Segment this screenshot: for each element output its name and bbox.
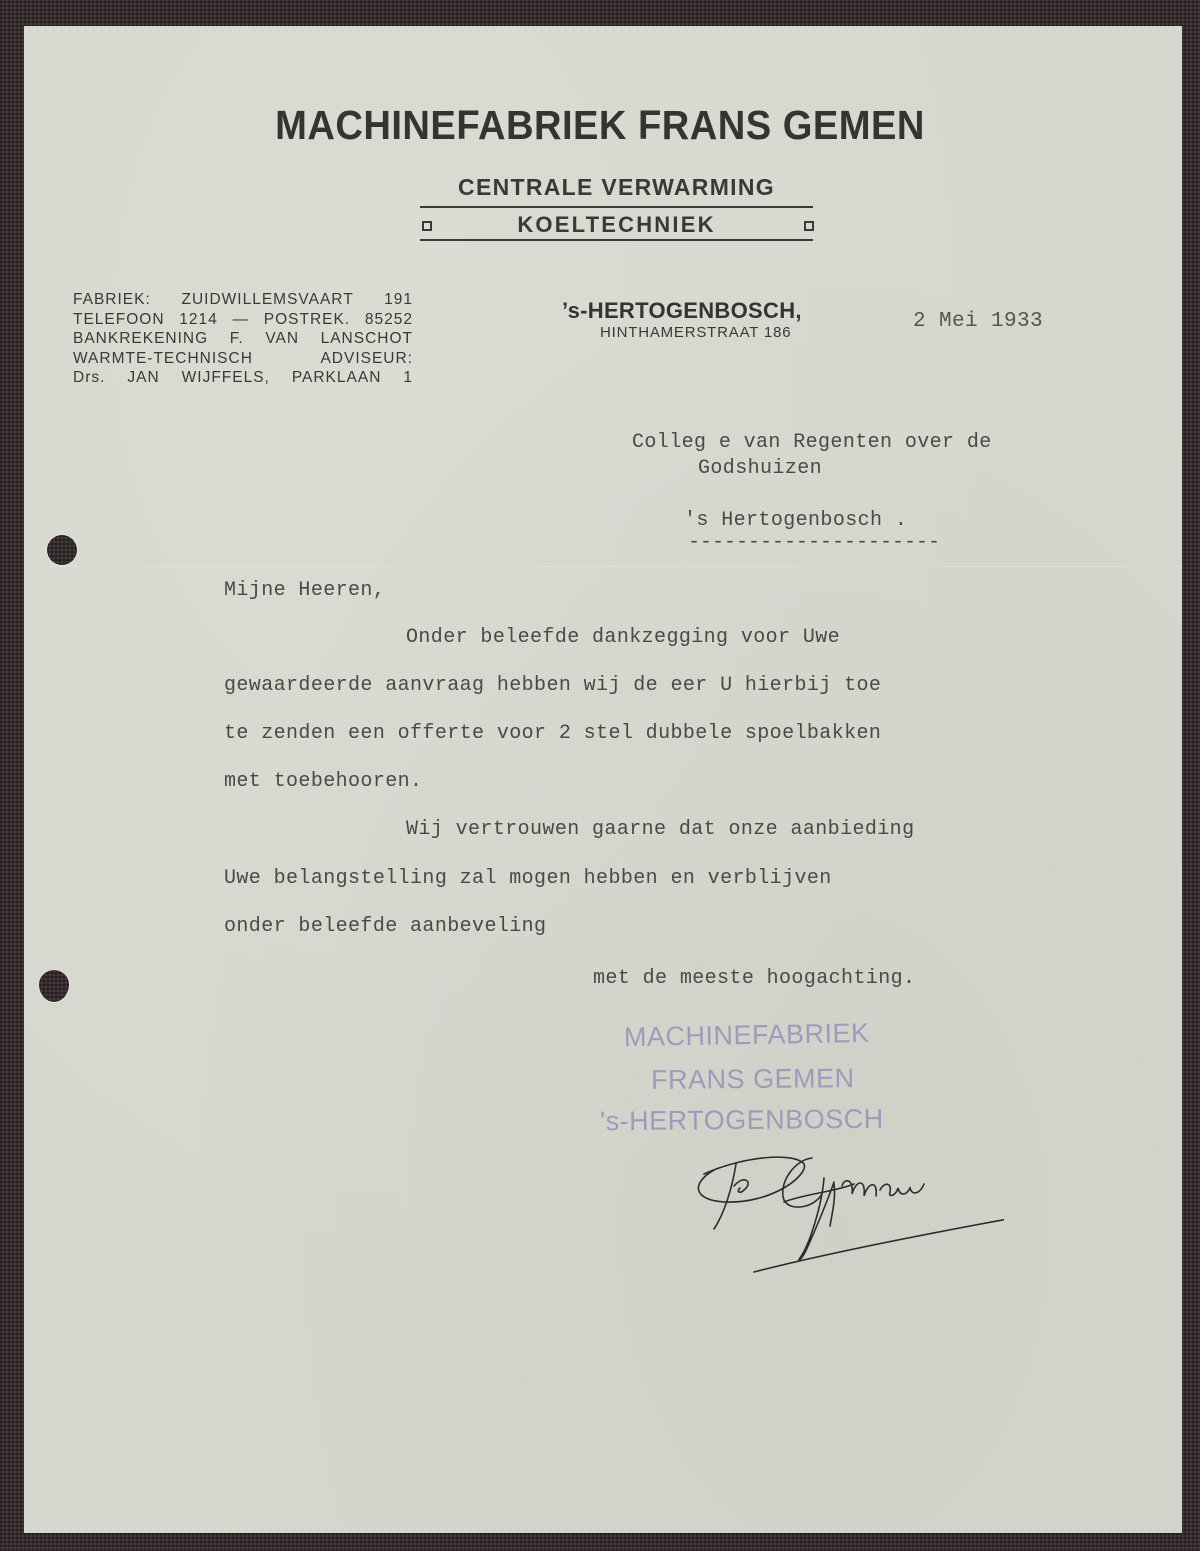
body-line: Uwe belangstelling zal mogen hebben en v… [224,867,832,890]
advisor-label: WARMTE-TECHNISCH ADVISEUR: [73,349,413,369]
bank-account: BANKREKENING F. VAN LANSCHOT [73,329,413,349]
closing-line: met de meeste hoogachting. [593,967,915,990]
body-line: te zenden een offerte voor 2 stel dubbel… [224,722,881,745]
body-line: met toebehooren. [224,770,422,793]
body-line: onder beleefde aanbeveling [224,915,546,938]
divider-line [420,239,813,241]
square-ornament-icon [804,221,814,231]
salutation: Mijne Heeren, [224,579,385,602]
letterhead-city: ’s-HERTOGENBOSCH, [562,298,802,324]
company-name: MACHINEFABRIEK FRANS GEMEN [228,102,972,149]
body-line: Wij vertrouwen gaarne dat onze aanbiedin… [406,818,914,841]
company-stamp-line-3: 's-HERTOGENBOSCH [600,1104,884,1137]
recipient-underline: --------------------- [688,531,940,554]
letter-paper: MACHINEFABRIEK FRANS GEMEN CENTRALE VERW… [24,26,1182,1533]
tagline-refrigeration: KOELTECHNIEK [420,212,813,238]
letter-date: 2 Mei 1933 [913,310,1043,333]
punch-hole [47,535,77,565]
body-line: gewaardeerde aanvraag hebben wij de eer … [224,674,881,697]
recipient-line-1: Colleg e van Regenten over de [632,431,992,454]
contact-block: FABRIEK: ZUIDWILLEMSVAART 191 TELEFOON 1… [73,290,413,388]
handwritten-signature-icon [684,1134,1004,1284]
phone-postal: TELEFOON 1214 — POSTREK. 85252 [73,310,413,330]
paper-fold-line [24,566,1182,567]
divider-line [420,206,813,208]
recipient-city: 's Hertogenbosch . [684,509,907,532]
tagline-central-heating: CENTRALE VERWARMING [420,174,813,201]
company-stamp-line-2: FRANS GEMEN [651,1063,855,1096]
company-stamp-line-1: MACHINEFABRIEK [624,1018,870,1053]
letterhead-street: HINTHAMERSTRAAT 186 [600,324,791,341]
advisor-name: Drs. JAN WIJFFELS, PARKLAAN 1 [73,368,413,388]
recipient-line-2: Godshuizen [698,457,822,480]
body-line: Onder beleefde dankzegging voor Uwe [406,626,840,649]
factory-address: FABRIEK: ZUIDWILLEMSVAART 191 [73,290,413,310]
